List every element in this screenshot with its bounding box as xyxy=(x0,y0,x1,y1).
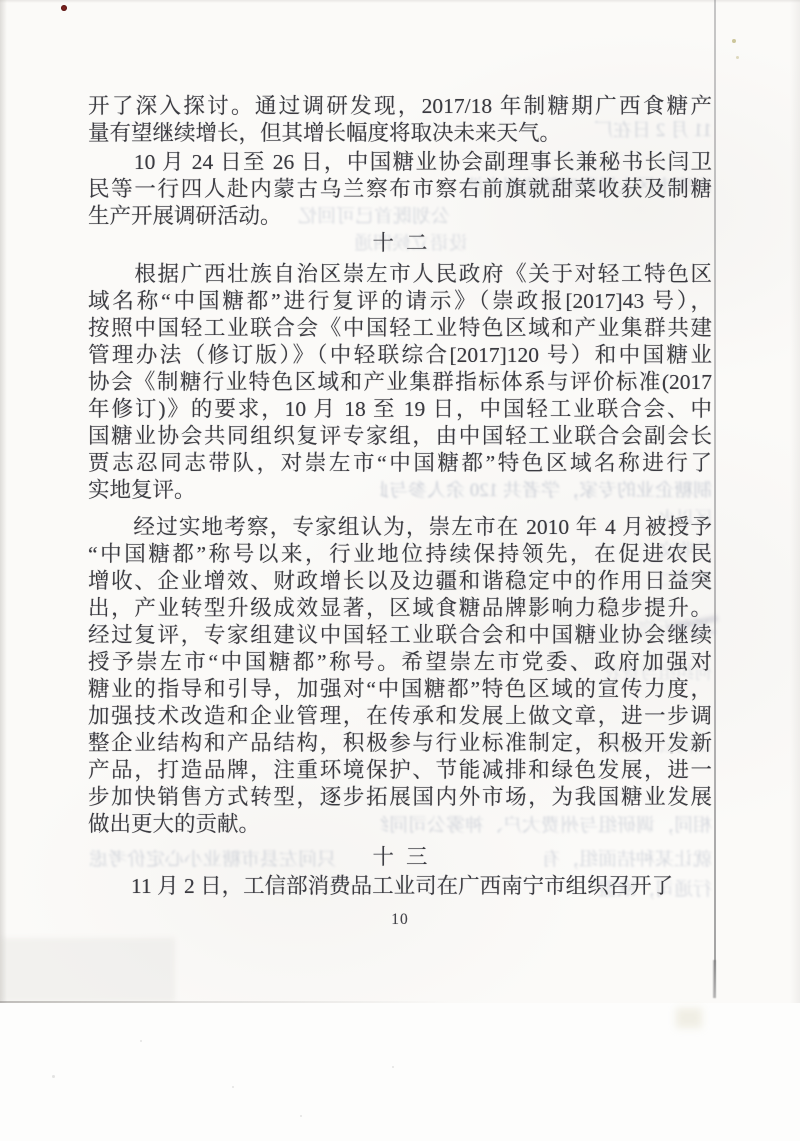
document-body: 开了深入探讨。通过调研发现，2017/18 年制糖期广西食糖产量有望继续增长，但… xyxy=(88,93,712,900)
text-line: 糖业的指导和引导，加强对“中国糖都”特色区域的宣传力度， xyxy=(88,676,712,703)
text-line: 年修订)》的要求，10 月 18 至 19 日，中国轻工业联合会、中 xyxy=(88,396,712,423)
text-line: 产品，打造品牌，注重环境保护、节能减排和绿色发展，进一 xyxy=(88,757,712,784)
text-line: 整企业结构和产品结构，积极参与行业标准制定，积极开发新 xyxy=(88,730,712,757)
text-line: 11 月 2 日，工信部消费品工业司在广西南宁市组织召开了 xyxy=(88,873,712,900)
text-line: 生产开展调研活动。 xyxy=(88,203,712,230)
scan-edge-top-shading xyxy=(0,0,800,3)
dust-speck xyxy=(140,1040,142,1042)
section-heading: 十三 xyxy=(88,844,712,871)
text-line: 经过复评，专家组建议中国轻工业联合会和中国糖业协会继续 xyxy=(88,622,712,649)
paper-stain-dot xyxy=(732,39,736,43)
page-number: 10 xyxy=(88,911,712,935)
paragraph: 经过实地考察，专家组认为，崇左市在 2010 年 4 月被授予“中国糖都”称号以… xyxy=(88,514,712,838)
text-line: 授予崇左市“中国糖都”称号。希望崇左市党委、政府加强对 xyxy=(88,649,712,676)
dust-speck xyxy=(670,751,673,754)
text-line: 国糖业协会共同组织复评专家组，由中国轻工业联合会副会长 xyxy=(88,423,712,450)
text-line: 管理办法（修订版）》（中轻联综合[2017]120 号）和中国糖业 xyxy=(88,342,712,369)
bottom-right-stain xyxy=(676,1008,702,1028)
dust-speck xyxy=(625,720,629,724)
dust-speck xyxy=(300,1115,302,1117)
text-line: 步加快销售方式转型，逐步拓展国内外市场，为我国糖业发展 xyxy=(88,784,712,811)
paragraph: 10 月 24 日至 26 日，中国糖业协会副理事长兼秘书长闫卫民等一行四人赴内… xyxy=(88,149,712,230)
text-line: 10 月 24 日至 26 日，中国糖业协会副理事长兼秘书长闫卫 xyxy=(88,149,712,176)
text-line: 经过实地考察，专家组认为，崇左市在 2010 年 4 月被授予 xyxy=(88,514,712,541)
fold-line-artifact xyxy=(714,0,716,1000)
dust-speck xyxy=(232,1086,234,1088)
paragraph: 11 月 2 日，工信部消费品工业司在广西南宁市组织召开了 xyxy=(88,873,712,900)
paper-bottom-edge-line xyxy=(0,1001,470,1003)
text-line: 民等一行四人赴内蒙古乌兰察布市察右前旗就甜菜收获及制糖 xyxy=(88,176,712,203)
text-line: 按照中国轻工业联合会《中国轻工业特色区域和产业集群共建 xyxy=(88,315,712,342)
heading-text: 十三 xyxy=(88,844,712,871)
text-line: 域名称“中国糖都”进行复评的请示》（崇政报[2017]43 号）， xyxy=(88,288,712,315)
scan-edge-right-shading xyxy=(790,0,800,1003)
heading-text: 十二 xyxy=(88,230,712,257)
dust-speck xyxy=(52,1075,55,1078)
text-line: 开了深入探讨。通过调研发现，2017/18 年制糖期广西食糖产 xyxy=(88,93,712,120)
scanned-document-page: 11 月 2 日在厂出席市区人民政府糖谈判文涉公划既首已可回忆设语立候四通制糖企… xyxy=(0,0,800,1141)
text-line: 做出更大的贡献。 xyxy=(88,811,712,838)
text-line: 量有望继续增长，但其增长幅度将取决未来天气。 xyxy=(88,120,712,147)
paper-stain-dot-small xyxy=(736,56,739,59)
text-line: 增收、企业增效、财政增长以及边疆和谐稳定中的作用日益突 xyxy=(88,568,712,595)
text-line: 加强技术改造和企业管理，在传承和发展上做文章，进一步调 xyxy=(88,703,712,730)
section-heading: 十二 xyxy=(88,230,712,257)
fold-line-tail xyxy=(713,960,716,998)
red-ink-dot xyxy=(61,5,67,11)
scan-edge-left-shading xyxy=(0,0,7,1003)
dust-speck xyxy=(392,1066,394,1068)
paragraph: 根据广西壮族自治区崇左市人民政府《关于对轻工特色区域名称“中国糖都”进行复评的请… xyxy=(88,261,712,504)
text-line: 实地复评。 xyxy=(88,477,712,504)
text-line: 贾志忍同志带队，对崇左市“中国糖都”特色区域名称进行了 xyxy=(88,450,712,477)
bottom-left-smudge xyxy=(0,938,175,1002)
text-line: “中国糖都”称号以来，行业地位持续保持领先，在促进农民 xyxy=(88,541,712,568)
paragraph: 开了深入探讨。通过调研发现，2017/18 年制糖期广西食糖产量有望继续增长，但… xyxy=(88,93,712,147)
text-line: 出，产业转型升级成效显著，区域食糖品牌影响力稳步提升。 xyxy=(88,595,712,622)
text-line: 根据广西壮族自治区崇左市人民政府《关于对轻工特色区 xyxy=(88,261,712,288)
text-line: 协会《制糖行业特色区域和产业集群指标体系与评价标准(2017 xyxy=(88,369,712,396)
